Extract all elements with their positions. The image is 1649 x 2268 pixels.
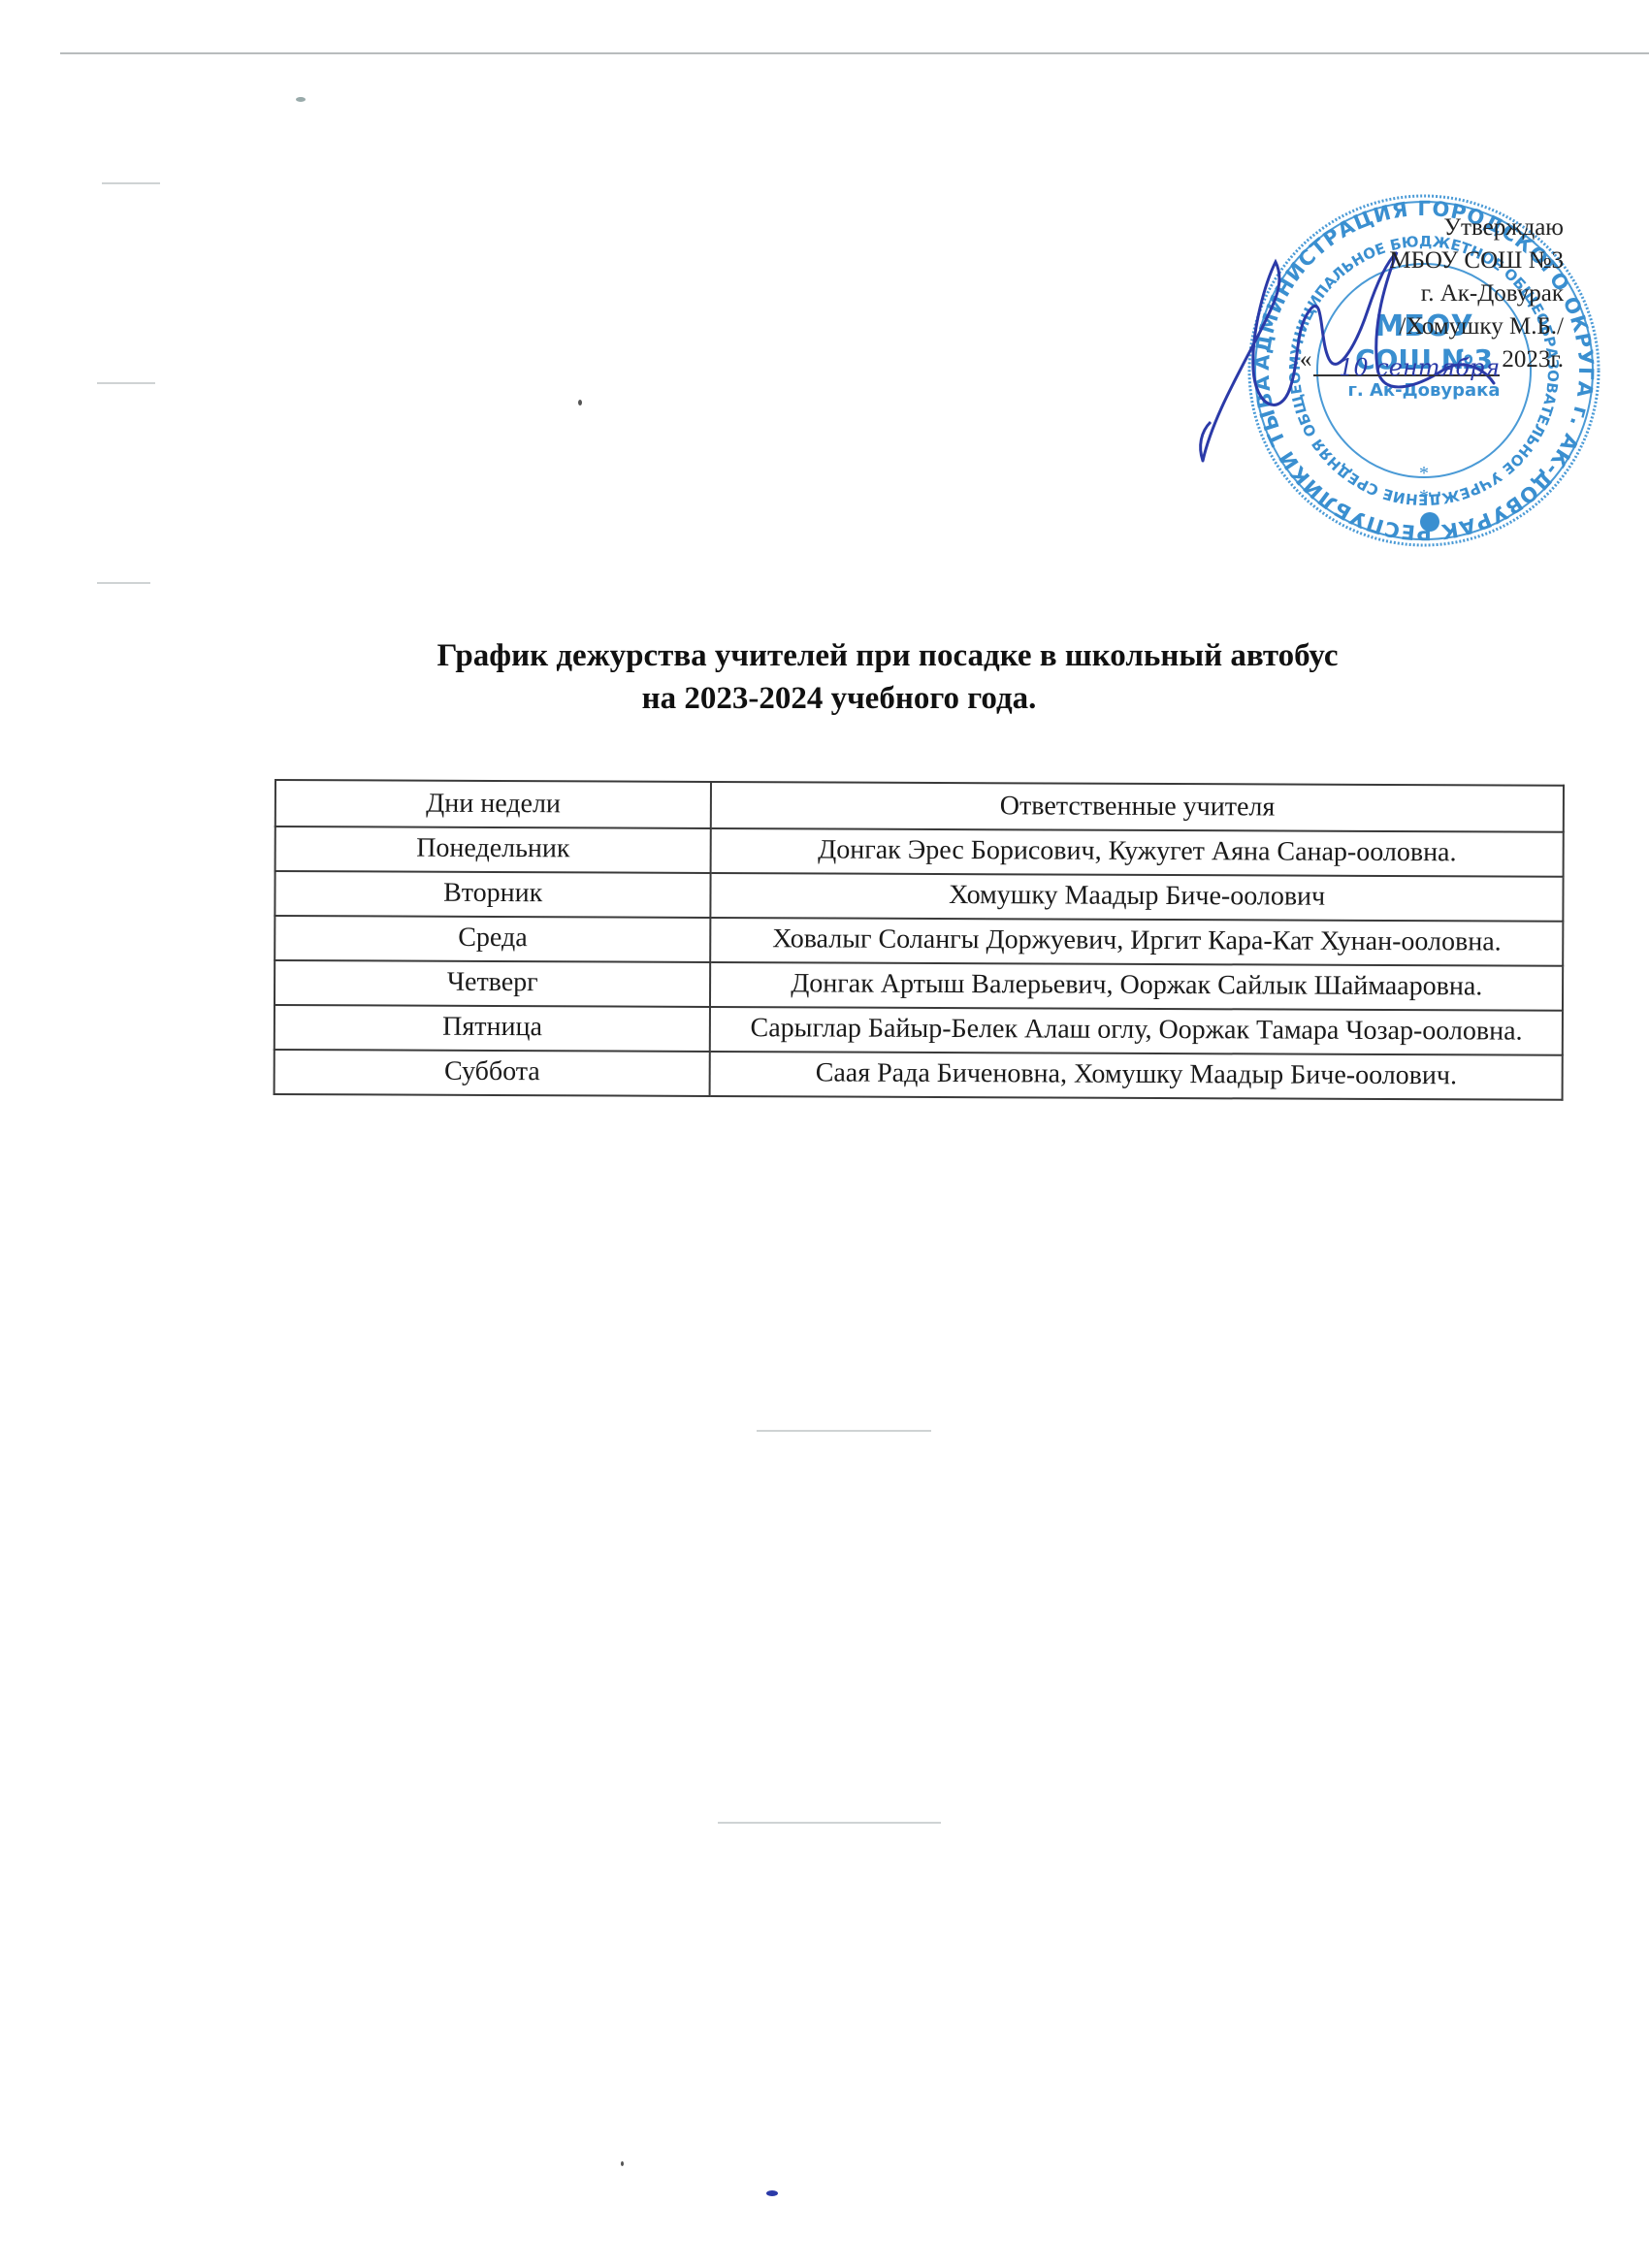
scan-artifact (578, 400, 582, 405)
teachers-cell: Донгак Артыш Валерьевич, Ооржак Сайлык Ш… (710, 962, 1563, 1011)
approval-heading: Утверждаю (1300, 211, 1564, 244)
scan-artifact (296, 97, 306, 102)
document-title: График дежурства учителей при посадке в … (0, 634, 1649, 720)
approval-date: «10 сентября2023г. (1300, 343, 1564, 376)
table-row: Вторник Хомушку Маадыр Биче-оолович (275, 871, 1563, 922)
svg-text:*: * (1419, 486, 1429, 507)
approval-block: Утверждаю МБОУ СОШ №3 г. Ак-Довурак /Хом… (1300, 211, 1564, 376)
header-teachers: Ответственные учителя (711, 782, 1564, 832)
day-cell: Среда (275, 916, 711, 962)
day-cell: Понедельник (275, 826, 712, 873)
teachers-cell: Донгак Эрес Борисович, Кужугет Аяна Сана… (711, 828, 1564, 877)
teachers-cell: Сарыглар Байыр-Белек Алаш оглу, Ооржак Т… (710, 1007, 1563, 1055)
approval-school: МБОУ СОШ №3 (1300, 244, 1564, 277)
teachers-cell: Хомушку Маадыр Биче-оолович (711, 873, 1564, 922)
title-line-1: График дежурства учителей при посадке в … (0, 634, 1649, 677)
scan-artifact (718, 1822, 941, 1824)
page-top-edge (60, 52, 1649, 54)
day-cell: Пятница (275, 1005, 711, 1052)
scan-artifact (102, 182, 160, 184)
table-row: Пятница Сарыглар Байыр-Белек Алаш оглу, … (275, 1005, 1563, 1055)
teachers-cell: Ховалыг Солангы Доржуевич, Иргит Кара-Ка… (711, 918, 1564, 966)
title-line-2: на 2023-2024 учебного года. (0, 677, 1649, 720)
scan-artifact (97, 582, 150, 584)
day-cell: Четверг (275, 960, 711, 1007)
handwritten-date: 10 сентября (1313, 351, 1500, 376)
duty-schedule-table: Дни недели Ответственные учителя Понедел… (274, 779, 1565, 1101)
approval-city: г. Ак-Довурак (1300, 277, 1564, 310)
approval-director: /Хомушку М.Б./ (1300, 310, 1564, 343)
table-row: Понедельник Донгак Эрес Борисович, Кужуг… (275, 826, 1564, 877)
table-row: Четверг Донгак Артыш Валерьевич, Ооржак … (275, 960, 1563, 1011)
table-row: Суббота Саая Рада Биченовна, Хомушку Маа… (275, 1050, 1563, 1100)
teachers-cell: Саая Рада Биченовна, Хомушку Маадыр Биче… (710, 1052, 1563, 1100)
scan-artifact (757, 1430, 931, 1432)
scan-artifact (766, 2190, 778, 2196)
header-day: Дни недели (275, 780, 712, 828)
day-cell: Вторник (275, 871, 711, 918)
scan-artifact (621, 2161, 624, 2166)
day-cell: Суббота (275, 1050, 711, 1096)
table-row: Среда Ховалыг Солангы Доржуевич, Иргит К… (275, 916, 1563, 966)
scan-artifact (97, 382, 155, 384)
table-header-row: Дни недели Ответственные учителя (275, 780, 1564, 832)
